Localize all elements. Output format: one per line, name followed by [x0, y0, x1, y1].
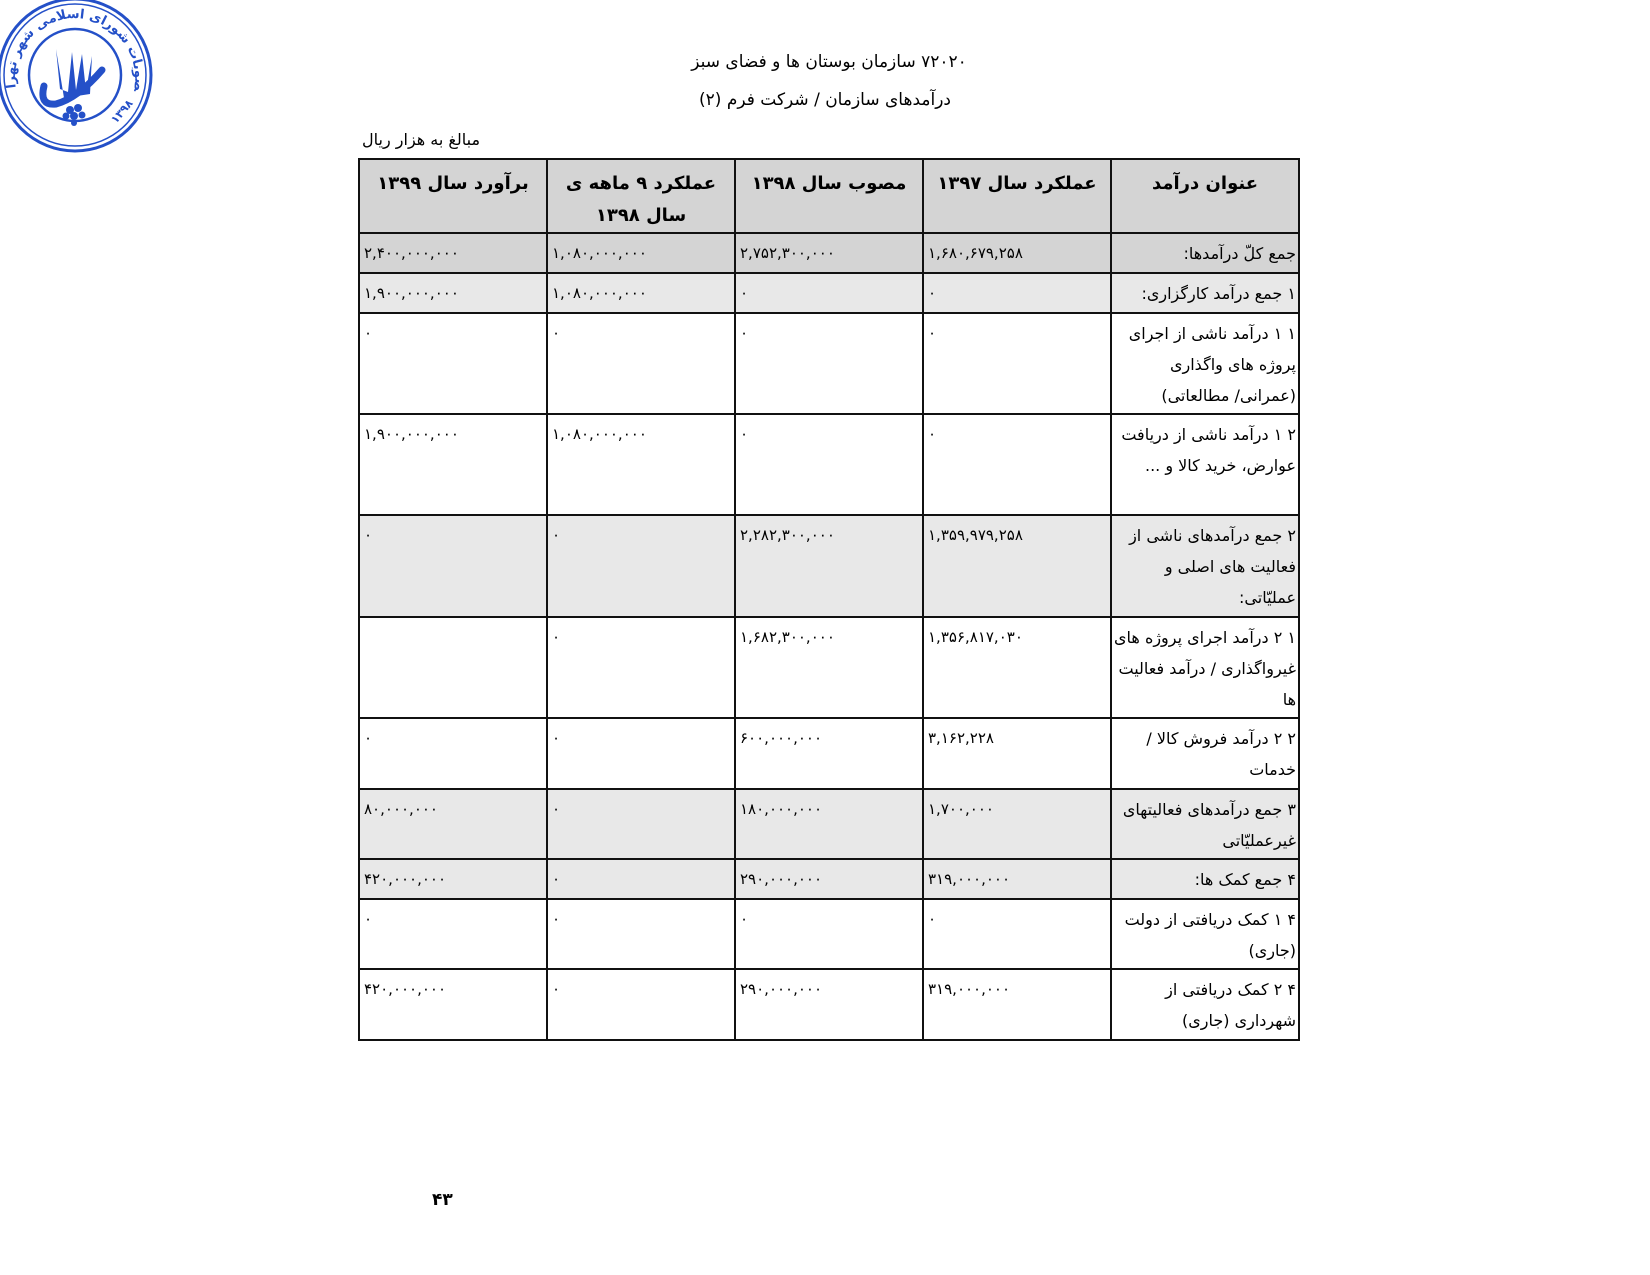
row-title: ۱ جمع درآمد کارگزاری: — [1111, 273, 1299, 313]
cell-value: ۰ — [547, 515, 735, 617]
form-subtitle: درآمدهای سازمان / شرکت فرم (۲) — [0, 90, 1650, 110]
cell-value: ۳۱۹,۰۰۰,۰۰۰ — [923, 969, 1111, 1040]
cell-value: ۰ — [359, 718, 547, 789]
table-row: ۱ جمع درآمد کارگزاری: ۰ ۰ ۱,۰۸۰,۰۰۰,۰۰۰ … — [359, 273, 1299, 313]
col-header-estimate-1399: برآورد سال ۱۳۹۹ — [359, 159, 547, 233]
cell-value: ۰ — [735, 414, 923, 515]
cell-value: ۲,۷۵۲,۳۰۰,۰۰۰ — [735, 233, 923, 273]
table-row: ۴ ۲ کمک دریافتی از شهرداری (جاری) ۳۱۹,۰۰… — [359, 969, 1299, 1040]
cell-value: ۱,۹۰۰,۰۰۰,۰۰۰ — [359, 273, 547, 313]
cell-value: ۳,۱۶۲,۲۲۸ — [923, 718, 1111, 789]
row-title: ۴ ۱ کمک دریافتی از دولت (جاری) — [1111, 899, 1299, 969]
cell-value: ۲۹۰,۰۰۰,۰۰۰ — [735, 969, 923, 1040]
cell-value: ۰ — [735, 273, 923, 313]
cell-value: ۰ — [359, 313, 547, 414]
cell-value: ۶۰۰,۰۰۰,۰۰۰ — [735, 718, 923, 789]
row-title: ۴ جمع کمک ها: — [1111, 859, 1299, 899]
table-row: ۴ جمع کمک ها: ۳۱۹,۰۰۰,۰۰۰ ۲۹۰,۰۰۰,۰۰۰ ۰ … — [359, 859, 1299, 899]
cell-value: ۱,۹۰۰,۰۰۰,۰۰۰ — [359, 414, 547, 515]
cell-value: ۱,۳۵۹,۹۷۹,۲۵۸ — [923, 515, 1111, 617]
col-header-approved-1398: مصوب سال ۱۳۹۸ — [735, 159, 923, 233]
col-header-9month-1398: عملکرد ۹ ماهه ی سال ۱۳۹۸ — [547, 159, 735, 233]
cell-value: ۰ — [547, 718, 735, 789]
cell-value: ۰ — [359, 899, 547, 969]
stamp-emblem-icon: مصوبات شورای اسلامی شهر تهران ۱۳۹۸ — [0, 0, 156, 156]
cell-value: ۰ — [923, 313, 1111, 414]
cell-value — [359, 617, 547, 718]
row-title: ۲ ۲ درآمد فروش کالا / خدمات — [1111, 718, 1299, 789]
row-title: جمع کلّ درآمدها: — [1111, 233, 1299, 273]
row-title: ۴ ۲ کمک دریافتی از شهرداری (جاری) — [1111, 969, 1299, 1040]
cell-value: ۲,۲۸۲,۳۰۰,۰۰۰ — [735, 515, 923, 617]
table-row-grand-total: جمع کلّ درآمدها: ۱,۶۸۰,۶۷۹,۲۵۸ ۲,۷۵۲,۳۰۰… — [359, 233, 1299, 273]
table-row: ۲ ۲ درآمد فروش کالا / خدمات ۳,۱۶۲,۲۲۸ ۶۰… — [359, 718, 1299, 789]
cell-value: ۰ — [547, 617, 735, 718]
page-number: ۴۳ — [432, 1190, 453, 1210]
row-title: ۱ ۱ درآمد ناشی از اجرای پروژه های واگذار… — [1111, 313, 1299, 414]
cell-value: ۱,۶۸۰,۶۷۹,۲۵۸ — [923, 233, 1111, 273]
cell-value: ۱۸۰,۰۰۰,۰۰۰ — [735, 789, 923, 859]
table-row: ۱ ۱ درآمد ناشی از اجرای پروژه های واگذار… — [359, 313, 1299, 414]
table-header-row: عنوان درآمد عملکرد سال ۱۳۹۷ مصوب سال ۱۳۹… — [359, 159, 1299, 233]
cell-value: ۰ — [547, 859, 735, 899]
cell-value: ۲,۴۰۰,۰۰۰,۰۰۰ — [359, 233, 547, 273]
table-row: ۳ جمع درآمدهای فعالیتهای غیرعملیّاتی ۱,۷… — [359, 789, 1299, 859]
col-header-title: عنوان درآمد — [1111, 159, 1299, 233]
cell-value: ۴۲۰,۰۰۰,۰۰۰ — [359, 969, 547, 1040]
cell-value: ۰ — [547, 313, 735, 414]
cell-value: ۰ — [923, 899, 1111, 969]
cell-value: ۱,۰۸۰,۰۰۰,۰۰۰ — [547, 233, 735, 273]
cell-value: ۰ — [735, 313, 923, 414]
table-row: ۲ ۱ درآمد ناشی از دریافت عوارض، خرید کال… — [359, 414, 1299, 515]
cell-value: ۲۹۰,۰۰۰,۰۰۰ — [735, 859, 923, 899]
cell-value: ۱,۰۸۰,۰۰۰,۰۰۰ — [547, 273, 735, 313]
cell-value: ۰ — [547, 969, 735, 1040]
cell-value: ۰ — [923, 414, 1111, 515]
council-stamp: مصوبات شورای اسلامی شهر تهران ۱۳۹۸ — [0, 0, 156, 156]
cell-value: ۰ — [547, 899, 735, 969]
row-title: ۱ ۲ درآمد اجرای پروژه های غیرواگذاری / د… — [1111, 617, 1299, 718]
cell-value: ۰ — [923, 273, 1111, 313]
table-row: ۴ ۱ کمک دریافتی از دولت (جاری) ۰ ۰ ۰ ۰ — [359, 899, 1299, 969]
cell-value: ۰ — [359, 515, 547, 617]
cell-value: ۱,۷۰۰,۰۰۰ — [923, 789, 1111, 859]
cell-value: ۰ — [735, 899, 923, 969]
document-title: ۷۲۰۲۰ سازمان بوستان ها و فضای سبز — [0, 52, 1650, 72]
cell-value: ۰ — [547, 789, 735, 859]
table-row: ۱ ۲ درآمد اجرای پروژه های غیرواگذاری / د… — [359, 617, 1299, 718]
cell-value: ۳۱۹,۰۰۰,۰۰۰ — [923, 859, 1111, 899]
col-header-actual-1397: عملکرد سال ۱۳۹۷ — [923, 159, 1111, 233]
cell-value: ۱,۶۸۲,۳۰۰,۰۰۰ — [735, 617, 923, 718]
row-title: ۲ ۱ درآمد ناشی از دریافت عوارض، خرید کال… — [1111, 414, 1299, 515]
row-title: ۲ جمع درآمدهای ناشی از فعالیت های اصلی و… — [1111, 515, 1299, 617]
row-title: ۳ جمع درآمدهای فعالیتهای غیرعملیّاتی — [1111, 789, 1299, 859]
table-row: ۲ جمع درآمدهای ناشی از فعالیت های اصلی و… — [359, 515, 1299, 617]
revenue-table: عنوان درآمد عملکرد سال ۱۳۹۷ مصوب سال ۱۳۹… — [358, 158, 1300, 1041]
cell-value: ۸۰,۰۰۰,۰۰۰ — [359, 789, 547, 859]
cell-value: ۱,۳۵۶,۸۱۷,۰۳۰ — [923, 617, 1111, 718]
cell-value: ۱,۰۸۰,۰۰۰,۰۰۰ — [547, 414, 735, 515]
unit-note: مبالغ به هزار ریال — [362, 130, 480, 149]
title-line-1: ۷۲۰۲۰ سازمان بوستان ها و فضای سبز — [691, 52, 967, 72]
cell-value: ۴۲۰,۰۰۰,۰۰۰ — [359, 859, 547, 899]
